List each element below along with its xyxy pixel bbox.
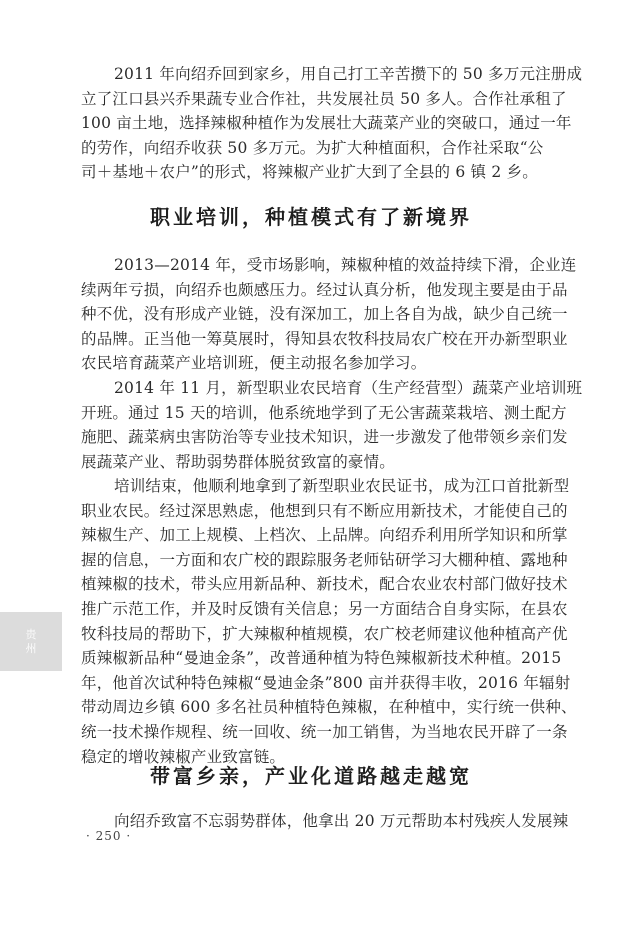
text-line: 握的信息，一方面和农广校的跟踪服务老师钻研学习大棚种植、露地种 xyxy=(81,548,531,573)
text-line: 农民培育蔬菜产业培训班，便主动报名参加学习。 xyxy=(81,351,531,376)
side-tab-char: 州 xyxy=(26,642,37,656)
text-line: 职业农民。经过深思熟虑，他想到只有不断应用新技术，才能使自己的 xyxy=(81,499,531,524)
section-heading-industrialization: 带富乡亲，产业化道路越走越宽 xyxy=(0,763,622,789)
text-line: 植辣椒的技术，带头应用新品种、新技术，配合农业农村部门做好技术 xyxy=(81,572,531,597)
paragraph-helping-disadvantaged: 向绍乔致富不忘弱势群体，他拿出 20 万元帮助本村残疾人发展辣 xyxy=(81,809,531,834)
section-heading-vocational-training: 职业培训，种植模式有了新境界 xyxy=(0,204,622,230)
paragraph-cooperative-founding: 2011 年向绍乔回到家乡，用自己打工辛苦攒下的 50 多万元注册成 立了江口县… xyxy=(81,62,531,185)
text-line: 开班。通过 15 天的培训，他系统地学到了无公害蔬菜栽培、测土配方 xyxy=(81,401,531,426)
paragraph-market-downturn: 2013—2014 年，受市场影响，辣椒种植的效益持续下滑，企业连 续两年亏损，… xyxy=(81,253,531,376)
text-line: 施肥、蔬菜病虫害防治等专业技术知识，进一步激发了他带领乡亲们发 xyxy=(81,425,531,450)
text-line: 牧科技局的帮助下，扩大辣椒种植规模，农广校老师建议他种植高产优 xyxy=(81,622,531,647)
text-line: 续两年亏损，向绍乔也颇感压力。经过认真分析，他发现主要是由于品 xyxy=(81,278,531,303)
text-line: 辣椒生产、加工上规模、上档次、上品牌。向绍乔利用所学知识和所掌 xyxy=(81,523,531,548)
text-line: 种不优，没有形成产业链，没有深加工，加上各自为战，缺少自己统一 xyxy=(81,302,531,327)
page-number: · 250 · xyxy=(86,829,131,843)
text-line: 培训结束，他顺利地拿到了新型职业农民证书，成为江口首批新型 xyxy=(81,474,531,499)
text-line: 年，他首次试种特色辣椒“曼迪金条”800 亩并获得丰收，2016 年辐射 xyxy=(81,671,531,696)
text-line: 2011 年向绍乔回到家乡，用自己打工辛苦攒下的 50 多万元注册成 xyxy=(81,62,531,87)
text-line: 2014 年 11 月，新型职业农民培育（生产经营型）蔬菜产业培训班 xyxy=(81,376,531,401)
paragraph-new-technology: 培训结束，他顺利地拿到了新型职业农民证书，成为江口首批新型 职业农民。经过深思熟… xyxy=(81,474,531,769)
text-line: 100 亩土地，选择辣椒种植作为发展壮大蔬菜产业的突破口，通过一年 xyxy=(81,111,531,136)
text-line: 立了江口县兴乔果蔬专业合作社，共发展社员 50 多人。合作社承租了 xyxy=(81,87,531,112)
region-side-tab: 贵 州 xyxy=(0,612,62,671)
book-page: 2011 年向绍乔回到家乡，用自己打工辛苦攒下的 50 多万元注册成 立了江口县… xyxy=(0,0,622,925)
text-line: 的品牌。正当他一筹莫展时，得知县农牧科技局农广校在开办新型职业 xyxy=(81,327,531,352)
text-line: 统一技术操作规程、统一回收、统一加工销售，为当地农民开辟了一条 xyxy=(81,720,531,745)
text-line: 2013—2014 年，受市场影响，辣椒种植的效益持续下滑，企业连 xyxy=(81,253,531,278)
side-tab-char: 贵 xyxy=(26,628,37,642)
text-line: 带动周边乡镇 600 多名社员种植特色辣椒，在种植中，实行统一供种、 xyxy=(81,695,531,720)
paragraph-training-class: 2014 年 11 月，新型职业农民培育（生产经营型）蔬菜产业培训班 开班。通过… xyxy=(81,376,531,474)
text-line: 的劳作，向绍乔收获 50 多万元。为扩大种植面积，合作社采取“公 xyxy=(81,136,531,161)
text-line: 向绍乔致富不忘弱势群体，他拿出 20 万元帮助本村残疾人发展辣 xyxy=(81,809,531,834)
text-line: 展蔬菜产业、帮助弱势群体脱贫致富的豪情。 xyxy=(81,450,531,475)
text-line: 司＋基地＋农户”的形式，将辣椒产业扩大到了全县的 6 镇 2 乡。 xyxy=(81,160,531,185)
text-line: 质辣椒新品种“曼迪金条”，改普通种植为特色辣椒新技术种植。2015 xyxy=(81,646,531,671)
text-line: 推广示范工作，并及时反馈有关信息；另一方面结合自身实际，在县农 xyxy=(81,597,531,622)
